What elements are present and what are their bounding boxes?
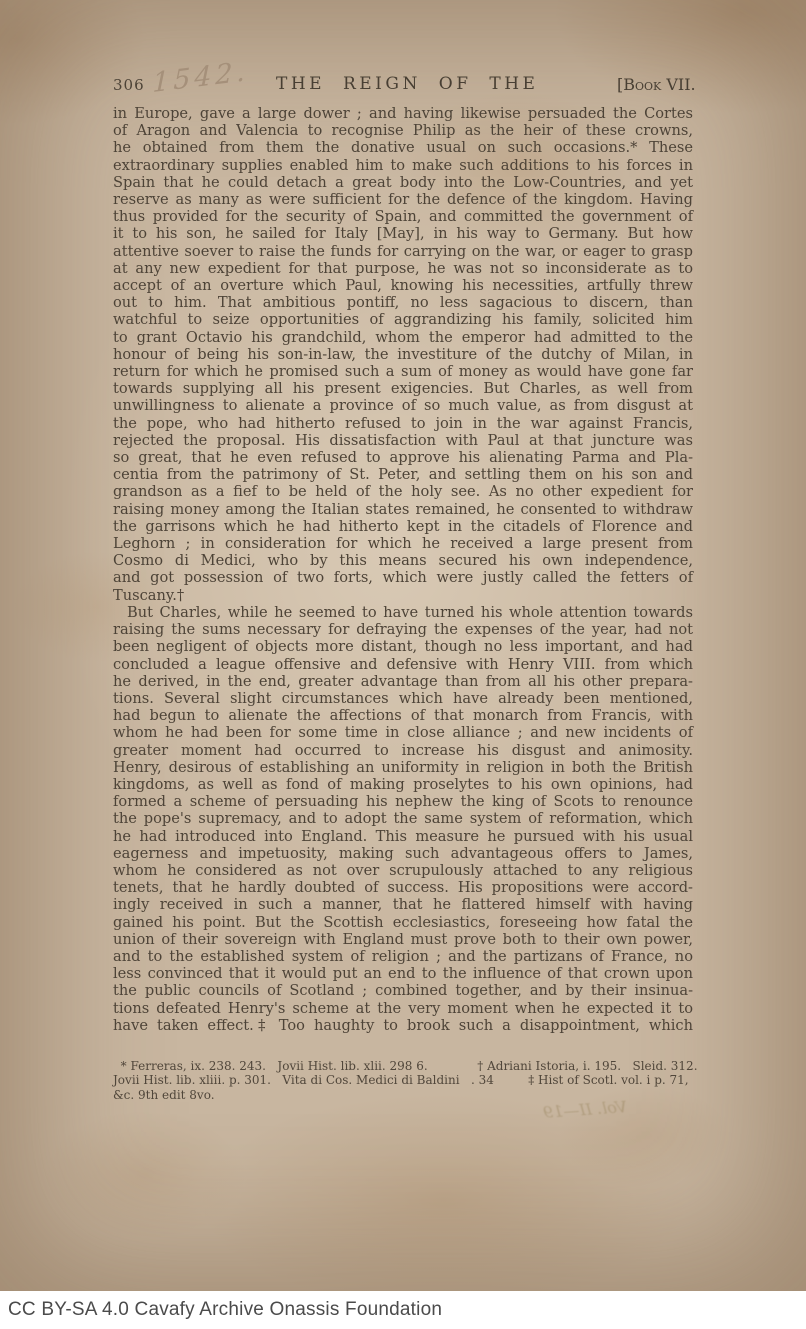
body-line: so great, that he even refused to approv… (113, 449, 693, 466)
body-line: concluded a league offensive and defensi… (113, 656, 693, 673)
body-line: in Europe, gave a large dower ; and havi… (113, 105, 693, 122)
screenshot-frame: 306 1542. THE REIGN OF THE [Book VII. in… (0, 0, 806, 1329)
body-line: and to the established system of religio… (113, 948, 693, 965)
body-line: he derived, in the end, greater advantag… (113, 673, 693, 690)
body-text: in Europe, gave a large dower ; and havi… (113, 105, 693, 1034)
handwritten-year-note: 1542. (152, 56, 249, 99)
body-line: Leghorn ; in consideration for which he … (113, 535, 693, 552)
body-line: to grant Octavio his grandchild, whom th… (113, 329, 693, 346)
body-line: watchful to seize opportunities of aggra… (113, 311, 693, 328)
body-line: honour of being his son-in-law, the inve… (113, 346, 693, 363)
body-line: tenets, that he hardly doubted of succes… (113, 879, 693, 896)
body-line: out to him. That ambitious pontiff, no l… (113, 294, 693, 311)
body-line: the pope, who had hitherto refused to jo… (113, 415, 693, 432)
body-line: tions. Several slight circumstances whic… (113, 690, 693, 707)
body-paragraph: in Europe, gave a large dower ; and havi… (113, 105, 693, 604)
body-line: tions defeated Henry's scheme at the ver… (113, 1000, 693, 1017)
page-number: 306 (113, 76, 145, 94)
body-line: whom he considered as not over scrupulou… (113, 862, 693, 879)
body-line: Tuscany.† (113, 587, 693, 604)
body-line: Henry, desirous of establishing an unifo… (113, 759, 693, 776)
body-line: eagerness and impetuosity, making such a… (113, 845, 693, 862)
body-line: thus provided for the security of Spain,… (113, 208, 693, 225)
body-line: gained his point. But the Scottish eccle… (113, 914, 693, 931)
body-line: raising the sums necessary for defraying… (113, 621, 693, 638)
body-line: the public councils of Scotland ; combin… (113, 982, 693, 999)
body-line: the garrisons which he had hitherto kept… (113, 518, 693, 535)
body-paragraph: But Charles, while he seemed to have tur… (113, 604, 693, 1034)
footnotes: * Ferreras, ix. 238. 243. Jovii Hist. li… (113, 1059, 701, 1102)
body-line: unwillingness to alienate a province of … (113, 397, 693, 414)
body-line: formed a scheme of persuading his nephew… (113, 793, 693, 810)
body-line: reserve as many as were sufficient for t… (113, 191, 693, 208)
body-line: less convinced that it would put an end … (113, 965, 693, 982)
body-line: whom he had been for some time in close … (113, 724, 693, 741)
body-line: Spain that he could detach a great body … (113, 174, 693, 191)
body-line: had begun to alienate the affections of … (113, 707, 693, 724)
body-line: attentive soever to raise the funds for … (113, 243, 693, 260)
body-line: he obtained from them the donative usual… (113, 139, 693, 156)
body-line: greater moment had occurred to increase … (113, 742, 693, 759)
book-chapter-label: [Book VII. (617, 75, 696, 94)
body-line: raising money among the Italian states r… (113, 501, 693, 518)
body-line: rejected the proposal. His dissatisfacti… (113, 432, 693, 449)
body-line: of Aragon and Valencia to recognise Phil… (113, 122, 693, 139)
body-line: towards supplying all his present exigen… (113, 380, 693, 397)
body-line: ingly received in such a manner, that he… (113, 896, 693, 913)
body-line: kingdoms, as well as fond of making pros… (113, 776, 693, 793)
body-line: at any new expedient for that purpose, h… (113, 260, 693, 277)
body-line: and got possession of two forts, which w… (113, 569, 693, 586)
license-caption-bar: CC BY-SA 4.0 Cavafy Archive Onassis Foun… (0, 1291, 806, 1329)
footnote-line: * Ferreras, ix. 238. 243. Jovii Hist. li… (113, 1059, 701, 1073)
body-line: return for which he promised such a sum … (113, 363, 693, 380)
body-line: have taken effect.‡ Too haughty to brook… (113, 1017, 693, 1034)
body-line: he had introduced into England. This mea… (113, 828, 693, 845)
running-title: THE REIGN OF THE (276, 74, 538, 94)
body-line: extraordinary supplies enabled him to ma… (113, 157, 693, 174)
scanned-book-page: 306 1542. THE REIGN OF THE [Book VII. in… (0, 0, 806, 1291)
body-line: accept of an overture which Paul, knowin… (113, 277, 693, 294)
body-line: been negligent of objects more distant, … (113, 638, 693, 655)
body-line: union of their sovereign with England mu… (113, 931, 693, 948)
body-line: it to his son, he sailed for Italy [May]… (113, 225, 693, 242)
body-line: Cosmo di Medici, who by this means secur… (113, 552, 693, 569)
body-line: the pope's supremacy, and to adopt the s… (113, 810, 693, 827)
body-line: grandson as a fief to be held of the hol… (113, 483, 693, 500)
body-line: centia from the patrimony of St. Peter, … (113, 466, 693, 483)
license-caption-text: CC BY-SA 4.0 Cavafy Archive Onassis Foun… (0, 1299, 442, 1321)
body-line: But Charles, while he seemed to have tur… (113, 604, 693, 621)
footnote-line: Jovii Hist. lib. xliii. p. 301. Vita di … (113, 1073, 701, 1087)
